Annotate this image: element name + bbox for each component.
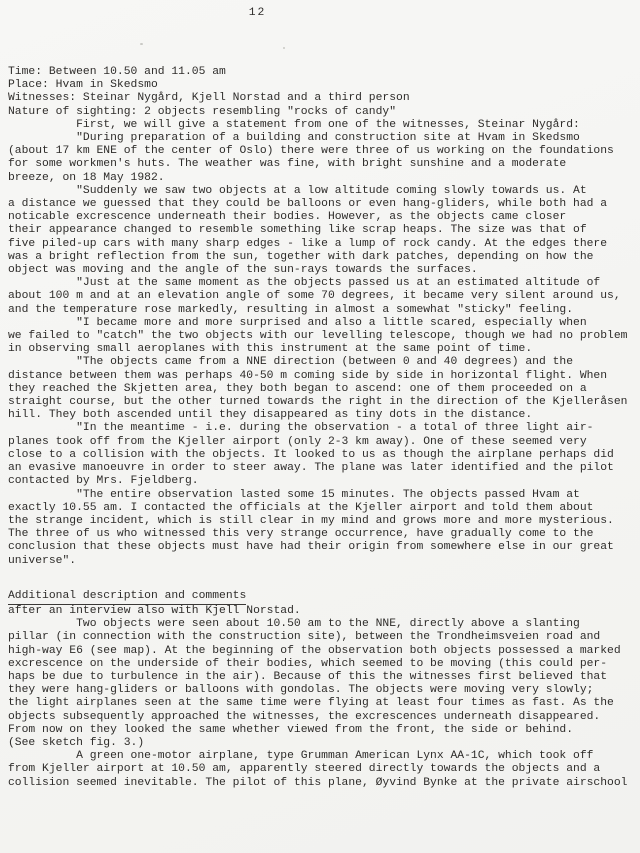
scanned-document-page: 12 Time: Between 10.50 and 11.05 am Plac… xyxy=(0,0,640,853)
interview-note: after an interview also with Kjell Norst… xyxy=(8,605,640,618)
intro-line: First, we will give a statement from one… xyxy=(8,119,640,132)
additional-comments: Two objects were seen about 10.50 am to … xyxy=(8,618,640,790)
document-body: Time: Between 10.50 and 11.05 am Place: … xyxy=(8,66,640,790)
section-heading-additional: Additional description and comments xyxy=(8,590,246,605)
scan-speck xyxy=(283,47,285,49)
case-details: Time: Between 10.50 and 11.05 am Place: … xyxy=(8,66,640,119)
scan-speck xyxy=(140,43,143,45)
witness-statement: "During preparation of a building and co… xyxy=(8,132,640,568)
page-number: 12 xyxy=(0,7,515,20)
